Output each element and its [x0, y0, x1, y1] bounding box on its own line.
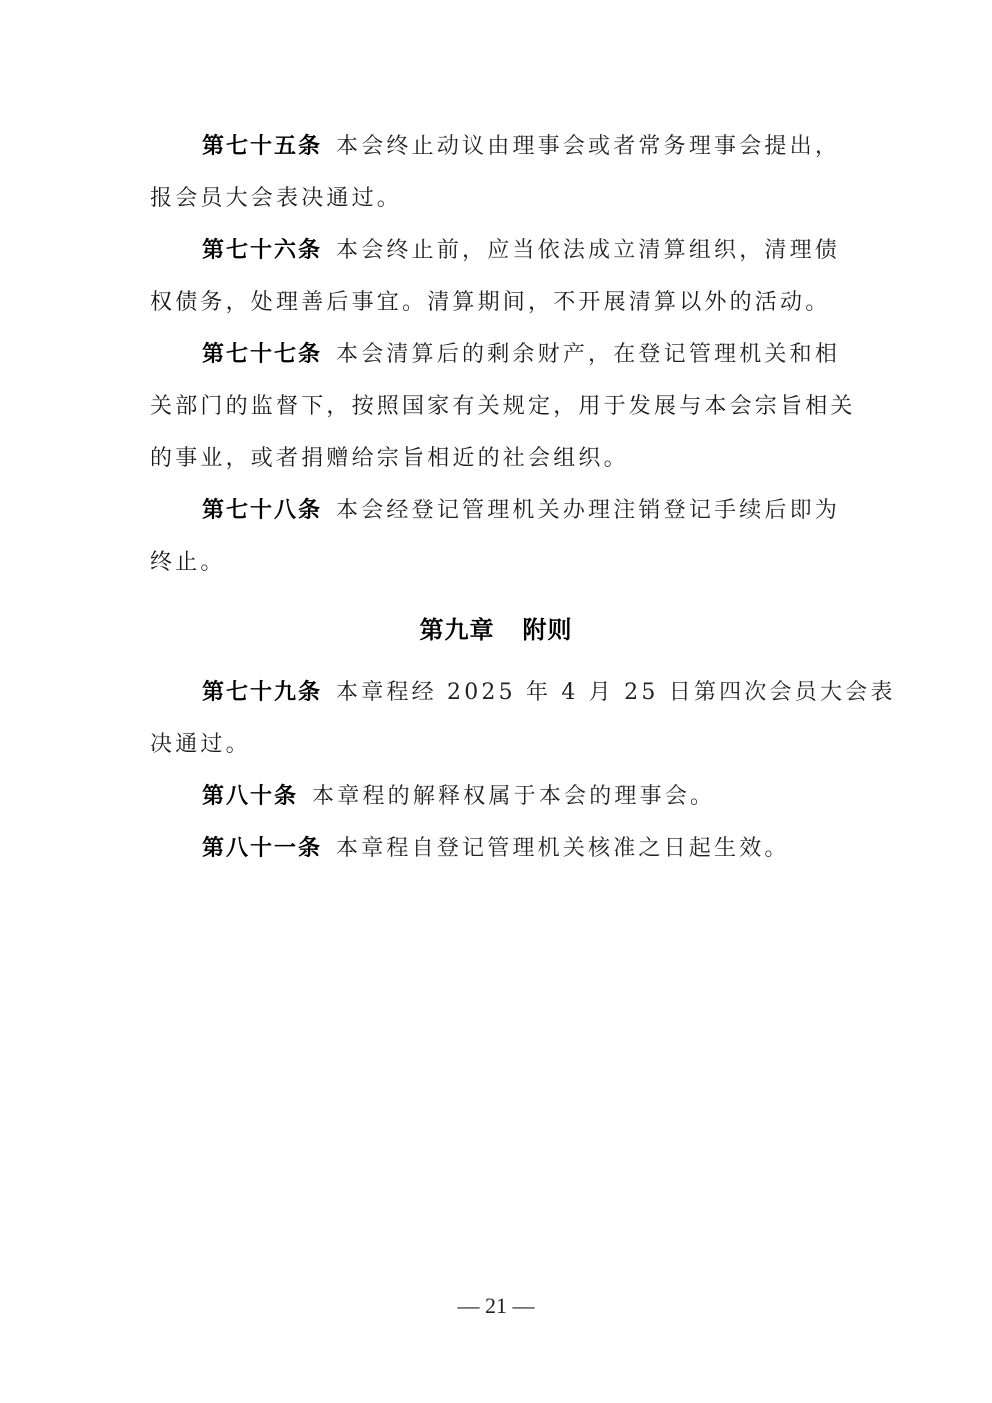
article-text: 权债务，处理善后事宜。清算期间，不开展清算以外的活动。 [150, 277, 845, 329]
article-81: 第八十一条本章程自登记管理机关核准之日起生效。 [150, 823, 845, 875]
article-text: 本会清算后的剩余财产，在登记管理机关和相 [336, 342, 840, 367]
chapter-title: 附则 [523, 616, 573, 644]
article-text: 本章程经 2025 年 4 月 25 日第四次会员大会表 [336, 680, 896, 705]
article-number: 第七十九条 [202, 680, 322, 705]
article-78: 第七十八条本会经登记管理机关办理注销登记手续后即为 终止。 [150, 485, 845, 589]
page-number: — 21 — [0, 1290, 992, 1322]
document-page: 第七十五条本会终止动议由理事会或者常务理事会提出， 报会员大会表决通过。 第七十… [0, 0, 992, 1403]
article-number: 第七十五条 [202, 134, 322, 159]
article-75: 第七十五条本会终止动议由理事会或者常务理事会提出， 报会员大会表决通过。 [150, 121, 845, 225]
article-text: 报会员大会表决通过。 [150, 173, 845, 225]
article-76: 第七十六条本会终止前，应当依法成立清算组织，清理债 权债务，处理善后事宜。清算期… [150, 225, 845, 329]
chapter-number: 第九章 [420, 616, 495, 644]
article-number: 第八十一条 [202, 836, 322, 861]
article-text: 本会终止前，应当依法成立清算组织，清理债 [336, 238, 840, 263]
article-79: 第七十九条本章程经 2025 年 4 月 25 日第四次会员大会表 决通过。 [150, 667, 845, 771]
article-80: 第八十条本章程的解释权属于本会的理事会。 [150, 771, 845, 823]
article-number: 第七十八条 [202, 498, 322, 523]
article-text: 本会终止动议由理事会或者常务理事会提出， [336, 134, 840, 159]
article-text: 决通过。 [150, 719, 845, 771]
article-text: 关部门的监督下，按照国家有关规定，用于发展与本会宗旨相关 [150, 381, 845, 433]
article-text: 本章程的解释权属于本会的理事会。 [312, 784, 715, 809]
article-77: 第七十七条本会清算后的剩余财产，在登记管理机关和相 关部门的监督下，按照国家有关… [150, 329, 845, 485]
article-text: 本会经登记管理机关办理注销登记手续后即为 [336, 498, 840, 523]
article-text: 本章程自登记管理机关核准之日起生效。 [336, 836, 790, 861]
article-number: 第七十六条 [202, 238, 322, 263]
chapter-heading: 第九章附则 [0, 604, 992, 656]
article-text: 终止。 [150, 537, 845, 589]
article-number: 第八十条 [202, 784, 298, 809]
article-text: 的事业，或者捐赠给宗旨相近的社会组织。 [150, 433, 845, 485]
article-number: 第七十七条 [202, 342, 322, 367]
